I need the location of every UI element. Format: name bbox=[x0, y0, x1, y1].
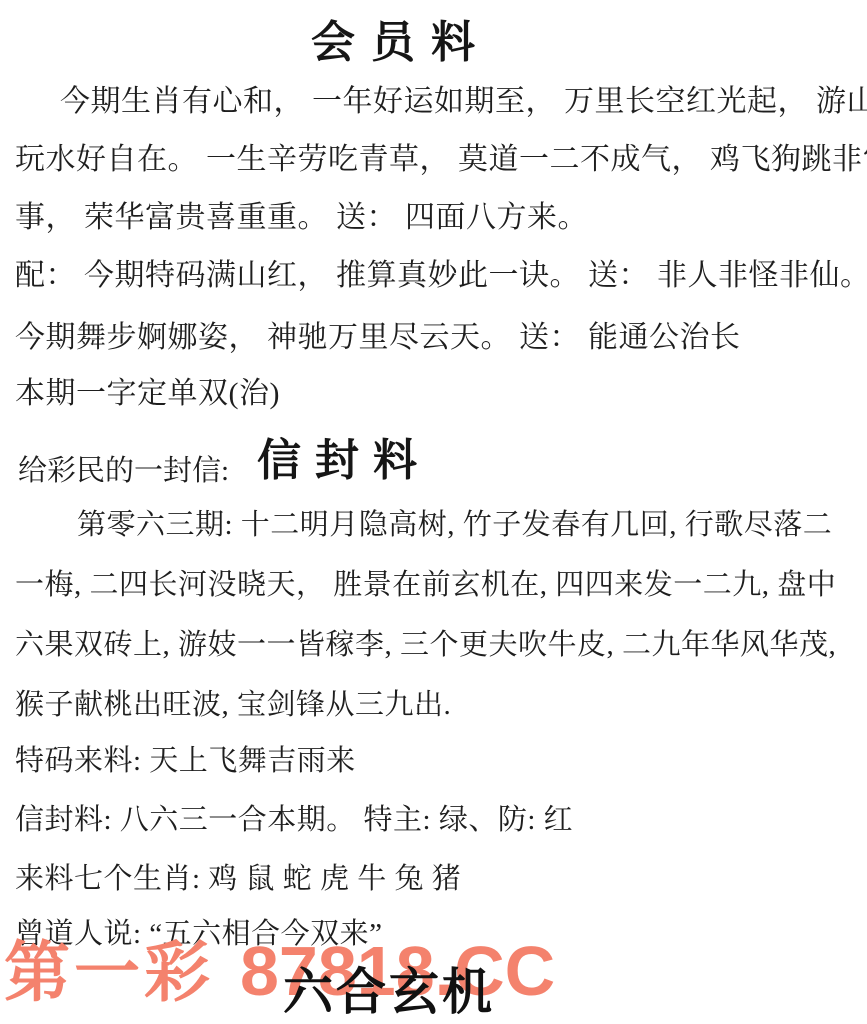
member-text-line: 本期一字定单双(治) bbox=[15, 368, 280, 412]
envelope-section-title: 信封料 bbox=[0, 424, 688, 488]
member-text-line: 今期舞步婀娜姿， 神驰万里尽云天。 送： 能通公治长 bbox=[15, 312, 741, 356]
envelope-tip-line: 信封料: 八六三一合本期。 特主: 绿、防: 红 bbox=[15, 797, 573, 838]
member-text-line: 今期生肖有心和， 一年好运如期至， 万里长空红光起， 游山 bbox=[15, 76, 867, 120]
footer-zone: 第一彩87818.CC 六合玄机 bbox=[0, 930, 867, 1024]
member-text-line: 玩水好自在。 一生辛劳吃青草， 莫道一二不成气， 鸡飞狗跳非常 bbox=[15, 134, 867, 178]
member-text-line: 配： 今期特码满山红， 推算真妙此一诀。 送： 非人非怪非仙。 bbox=[15, 250, 867, 294]
member-text-line: 事， 荣华富贵喜重重。 送： 四面八方来。 bbox=[15, 192, 588, 236]
special-code-tip-line: 特码来料: 天上飞舞吉雨来 bbox=[15, 738, 356, 779]
envelope-text-line: 第零六三期: 十二明月隐高树, 竹子发春有几回, 行歌尽落二 bbox=[15, 502, 832, 543]
watermark-brand-text: 第一彩 bbox=[4, 935, 214, 1009]
envelope-text-line: 一梅, 二四长河没晓天， 胜景在前玄机在, 四四来发一二九, 盘中 bbox=[15, 562, 836, 603]
member-section-title: 会员料 bbox=[0, 6, 802, 70]
zodiac-tip-line: 来料七个生肖: 鸡 鼠 蛇 虎 牛 兔 猪 bbox=[15, 856, 461, 897]
scanned-lottery-tips-page: 会员料 今期生肖有心和， 一年好运如期至， 万里长空红光起， 游山 玩水好自在。… bbox=[0, 0, 867, 1024]
next-section-title: 六合玄机 bbox=[283, 952, 495, 1024]
envelope-text-line: 六果双砖上, 游妓一一皆稼李, 三个更夫吹牛皮, 二九年华风华茂, bbox=[15, 622, 836, 663]
envelope-text-line: 猴子献桃出旺波, 宝剑锋从三九出. bbox=[15, 682, 451, 723]
